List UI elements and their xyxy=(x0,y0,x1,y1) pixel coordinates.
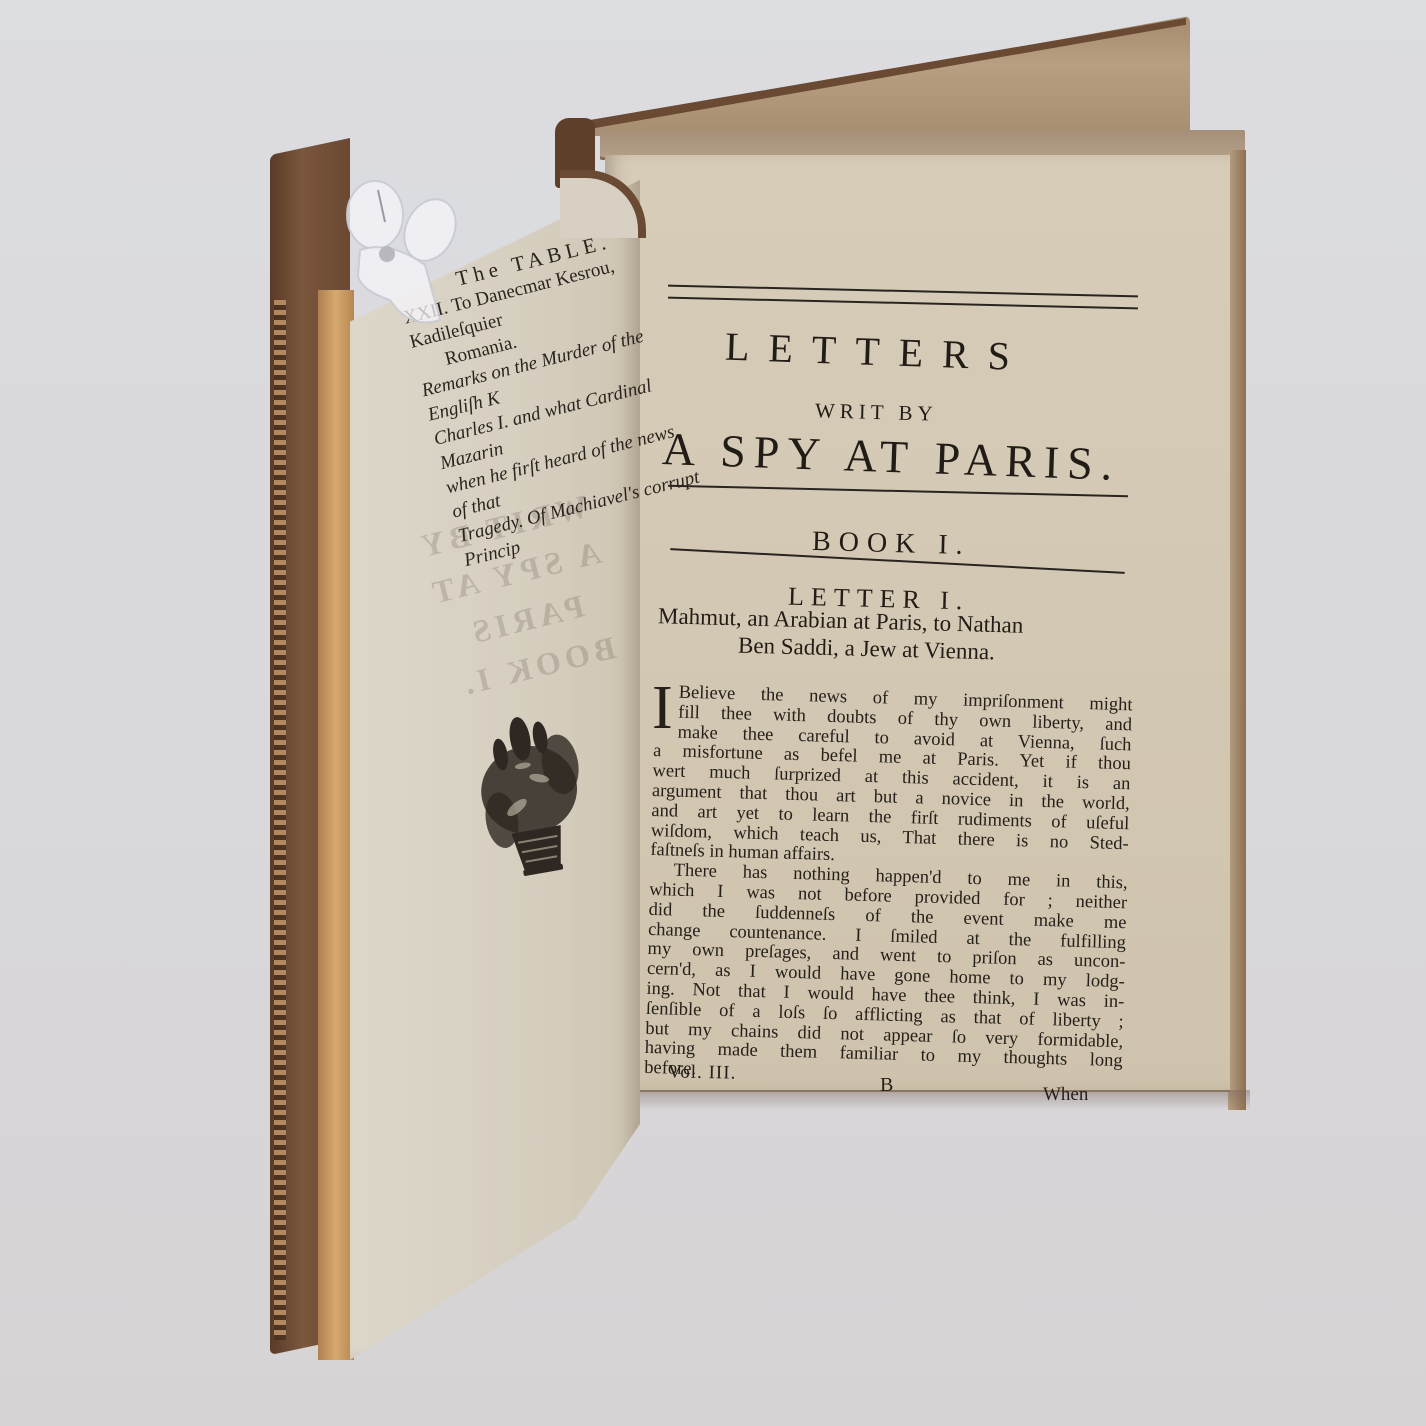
footer-signature-mark: B xyxy=(880,1074,893,1097)
gilt-tooling-border xyxy=(274,300,286,1340)
letter-body: Believe the news of my impriſonment migh… xyxy=(644,683,1133,1092)
footer-catchword: When xyxy=(1043,1084,1088,1106)
title-writ-by: WRIT BY xyxy=(815,398,938,426)
text-block-fore-edge xyxy=(1228,150,1246,1110)
gilt-page-edges xyxy=(318,290,354,1360)
footer-volume: Vol. III. xyxy=(668,1061,737,1084)
plastic-page-clip-icon[interactable] xyxy=(330,170,460,330)
book-shadow xyxy=(600,1090,1250,1110)
